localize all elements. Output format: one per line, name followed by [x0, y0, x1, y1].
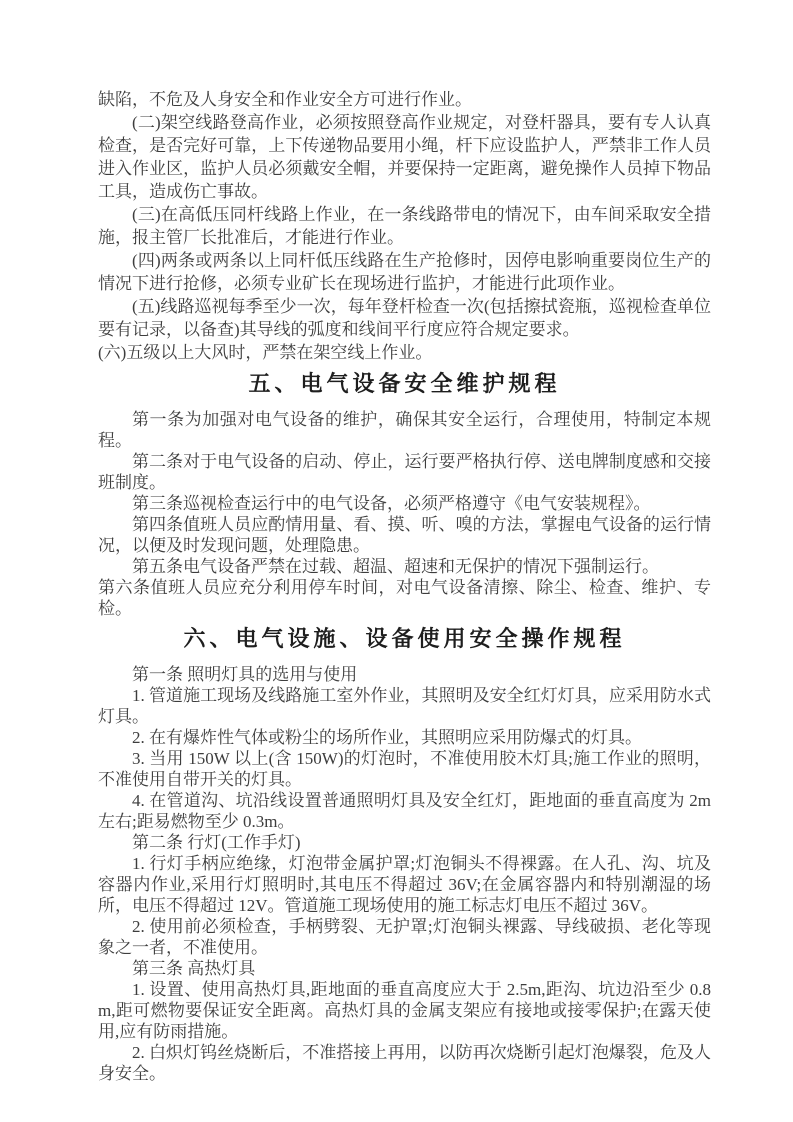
paragraph: (二)架空线路登高作业，必须按照登高作业规定，对登杆器具，要有专人认真检查，是否…: [98, 111, 711, 203]
paragraph: 第二条对于电气设备的启动、停止，运行要严格执行停、送电牌制度感和交接班制度。: [98, 451, 711, 493]
intro-block: 缺陷，不危及人身安全和作业安全方可进行作业。(二)架空线路登高作业，必须按照登高…: [98, 88, 711, 364]
paragraph: 4. 在管道沟、坑沿线设置普通照明灯具及安全红灯，距地面的垂直高度为 2m 左右…: [98, 790, 711, 832]
paragraph: 第六条值班人员应充分利用停车时间，对电气设备清擦、除尘、检查、维护、专检。: [98, 577, 711, 619]
paragraph: (六)五级以上大风时，严禁在架空线上作业。: [98, 341, 711, 364]
paragraph: 1. 管道施工现场及线路施工室外作业，其照明及安全红灯灯具，应采用防水式灯具。: [98, 685, 711, 727]
section-heading: 六、电气设施、设备使用安全操作规程: [98, 624, 711, 654]
paragraph: (四)两条或两条以上同杆低压线路在生产抢修时，因停电影响重要岗位生产的情况下进行…: [98, 249, 711, 295]
paragraph: 第二条 行灯(工作手灯): [98, 832, 711, 853]
paragraph: 第三条巡视检查运行中的电气设备，必须严格遵守《电气安装规程》。: [98, 493, 711, 514]
paragraph: 2. 使用前必须检查，手柄劈裂、无护罩;灯泡铜头裸露、导线破损、老化等现象之一者…: [98, 916, 711, 958]
paragraph: 缺陷，不危及人身安全和作业安全方可进行作业。: [98, 88, 711, 111]
section-body: 第一条为加强对电气设备的维护，确保其安全运行，合理使用，特制定本规程。第二条对于…: [98, 409, 711, 619]
paragraph: (五)线路巡视每季至少一次，每年登杆检查一次(包括擦拭瓷瓶，巡视检查单位要有记录…: [98, 295, 711, 341]
paragraph: 1. 设置、使用高热灯具,距地面的垂直高度应大于 2.5m,距沟、坑边沿至少 0…: [98, 979, 711, 1042]
paragraph: 2. 在有爆炸性气体或粉尘的场所作业，其照明应采用防爆式的灯具。: [98, 727, 711, 748]
document-content: 缺陷，不危及人身安全和作业安全方可进行作业。(二)架空线路登高作业，必须按照登高…: [98, 88, 711, 1084]
document-page: 缺陷，不危及人身安全和作业安全方可进行作业。(二)架空线路登高作业，必须按照登高…: [0, 0, 793, 1122]
paragraph: 第三条 高热灯具: [98, 958, 711, 979]
paragraph: 第一条 照明灯具的选用与使用: [98, 664, 711, 685]
paragraph: (三)在高低压同杆线路上作业，在一条线路带电的情况下，由车间采取安全措施，报主管…: [98, 203, 711, 249]
paragraph: 2. 白炽灯钨丝烧断后，不准搭接上再用，以防再次烧断引起灯泡爆裂，危及人身安全。: [98, 1042, 711, 1084]
section-body: 第一条 照明灯具的选用与使用1. 管道施工现场及线路施工室外作业，其照明及安全红…: [98, 664, 711, 1084]
paragraph: 3. 当用 150W 以上(含 150W)的灯泡时，不准使用胶木灯具;施工作业的…: [98, 748, 711, 790]
paragraph: 第五条电气设备严禁在过载、超温、超速和无保护的情况下强制运行。: [98, 556, 711, 577]
section-heading: 五、电气设备安全维护规程: [98, 369, 711, 399]
paragraph: 1. 行灯手柄应绝缘，灯泡带金属护罩;灯泡铜头不得裸露。在人孔、沟、坑及容器内作…: [98, 853, 711, 916]
paragraph: 第四条值班人员应酌情用量、看、摸、听、嗅的方法，掌握电气设备的运行情况，以便及时…: [98, 514, 711, 556]
paragraph: 第一条为加强对电气设备的维护，确保其安全运行，合理使用，特制定本规程。: [98, 409, 711, 451]
